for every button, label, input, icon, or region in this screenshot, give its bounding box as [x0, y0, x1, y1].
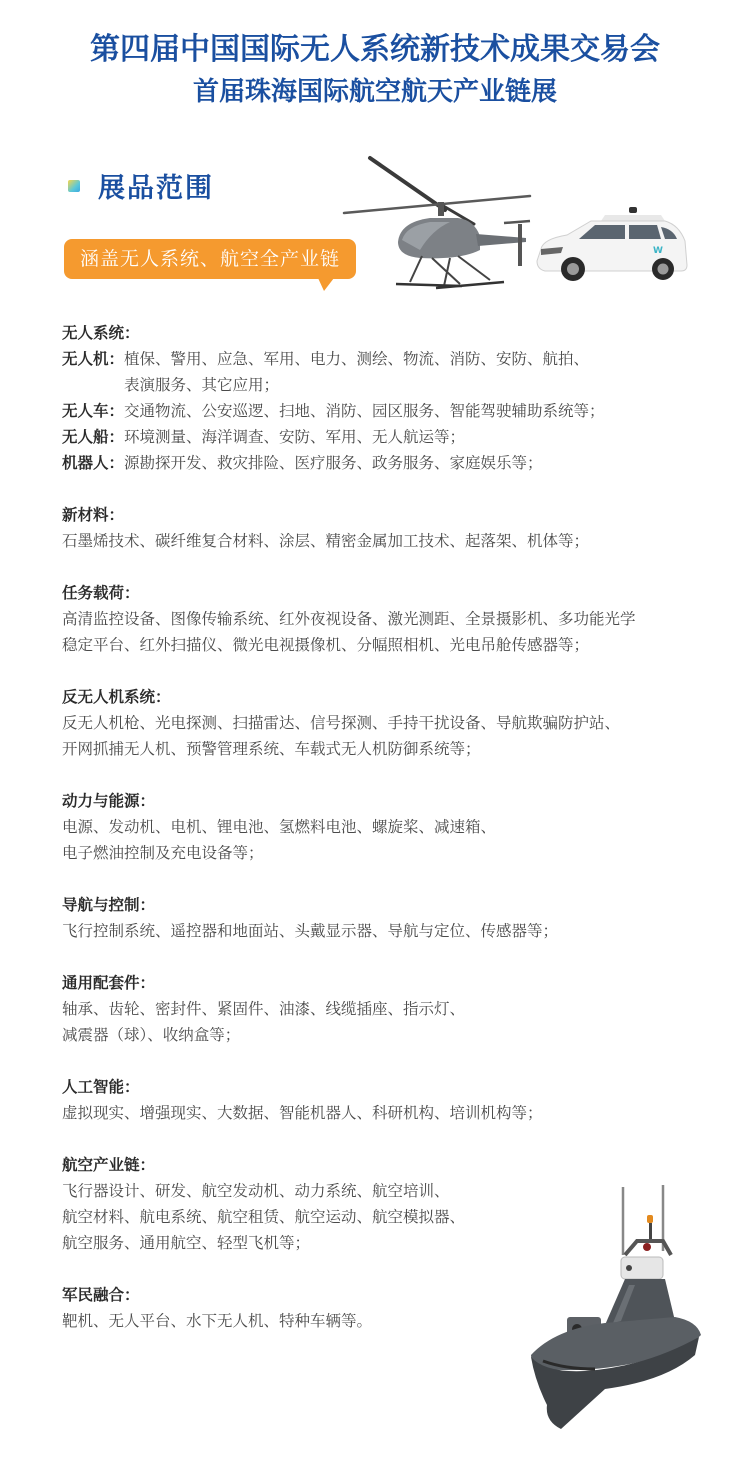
unmanned-boat-image: [525, 1185, 705, 1430]
category-new-materials: 新材料： 石墨烯技术、碳纤维复合材料、涂层、精密金属加工技术、起落架、机体等；: [62, 502, 702, 554]
category-line: 电源、发动机、电机、锂电池、氢燃料电池、螺旋桨、减速箱、: [62, 814, 702, 840]
category-ai: 人工智能： 虚拟现实、增强现实、大数据、智能机器人、科研机构、培训机构等；: [62, 1074, 702, 1126]
category-line: 电子燃油控制及充电设备等；: [62, 840, 702, 866]
helicopter-image: [340, 152, 535, 292]
subcategory-label: 无人船：: [62, 424, 124, 450]
category-title: 反无人机系统：: [62, 684, 702, 710]
subcategory-unmanned-vehicle: 无人车： 交通物流、公安巡逻、扫地、消防、园区服务、智能驾驶辅助系统等；: [62, 398, 702, 424]
main-title: 第四届中国国际无人系统新技术成果交易会: [0, 30, 750, 70]
subcategory-label: 机器人：: [62, 450, 124, 476]
category-payload: 任务载荷： 高清监控设备、图像传输系统、红外夜视设备、激光测距、全景摄影机、多功…: [62, 580, 702, 658]
category-title: 导航与控制：: [62, 892, 702, 918]
category-general-parts: 通用配套件： 轴承、齿轮、密封件、紧固件、油漆、线缆插座、指示灯、 减震器（球）…: [62, 970, 702, 1048]
category-anti-drone: 反无人机系统： 反无人机枪、光电探测、扫描雷达、信号探测、手持干扰设备、导航欺骗…: [62, 684, 702, 762]
category-line: 反无人机枪、光电探测、扫描雷达、信号探测、手持干扰设备、导航欺骗防护站、: [62, 710, 702, 736]
tagline-bubble: 涵盖无人系统、航空全产业链: [64, 239, 356, 279]
category-line: 稳定平台、红外扫描仪、微光电视摄像机、分幅照相机、光电吊舱传感器等；: [62, 632, 702, 658]
category-unmanned-systems: 无人系统： 无人机： 植保、警用、应急、军用、电力、测绘、物流、消防、安防、航拍…: [62, 320, 702, 476]
subcategory-label: 无人车：: [62, 398, 124, 424]
category-title: 任务载荷：: [62, 580, 702, 606]
subcategory-line: 环境测量、海洋调查、安防、军用、无人航运等；: [124, 424, 465, 450]
square-bullet-icon: [68, 180, 80, 192]
autonomous-car-image: W: [533, 205, 693, 285]
svg-text:W: W: [653, 246, 663, 256]
category-title: 新材料：: [62, 502, 702, 528]
subcategory-line: 交通物流、公安巡逻、扫地、消防、园区服务、智能驾驶辅助系统等；: [124, 398, 605, 424]
category-title: 动力与能源：: [62, 788, 702, 814]
subcategory-unmanned-ship: 无人船： 环境测量、海洋调查、安防、军用、无人航运等；: [62, 424, 702, 450]
category-navigation-control: 导航与控制： 飞行控制系统、遥控器和地面站、头戴显示器、导航与定位、传感器等；: [62, 892, 702, 944]
subcategory-robot: 机器人： 源勘探开发、救灾排险、医疗服务、政务服务、家庭娱乐等；: [62, 450, 702, 476]
section-title: 展品范围: [98, 166, 214, 205]
category-line: 轴承、齿轮、密封件、紧固件、油漆、线缆插座、指示灯、: [62, 996, 702, 1022]
page-header: 第四届中国国际无人系统新技术成果交易会 首届珠海国际航空航天产业链展: [0, 30, 750, 110]
category-line: 高清监控设备、图像传输系统、红外夜视设备、激光测距、全景摄影机、多功能光学: [62, 606, 702, 632]
sub-title: 首届珠海国际航空航天产业链展: [0, 74, 750, 110]
category-line: 石墨烯技术、碳纤维复合材料、涂层、精密金属加工技术、起落架、机体等；: [62, 528, 702, 554]
category-line: 飞行控制系统、遥控器和地面站、头戴显示器、导航与定位、传感器等；: [62, 918, 702, 944]
category-title: 无人系统：: [62, 320, 702, 346]
subcategory-line: 植保、警用、应急、军用、电力、测绘、物流、消防、安防、航拍、: [124, 346, 589, 372]
category-title: 人工智能：: [62, 1074, 702, 1100]
category-power-energy: 动力与能源： 电源、发动机、电机、锂电池、氢燃料电池、螺旋桨、减速箱、 电子燃油…: [62, 788, 702, 866]
subcategory-line: 源勘探开发、救灾排险、医疗服务、政务服务、家庭娱乐等；: [124, 450, 543, 476]
category-title: 通用配套件：: [62, 970, 702, 996]
subcategory-line: 表演服务、其它应用；: [124, 372, 589, 398]
category-line: 开网抓捕无人机、预警管理系统、车载式无人机防御系统等；: [62, 736, 702, 762]
category-line: 减震器（球）、收纳盒等；: [62, 1022, 702, 1048]
subcategory-label: 无人机：: [62, 346, 124, 398]
subcategory-drone: 无人机： 植保、警用、应急、军用、电力、测绘、物流、消防、安防、航拍、 表演服务…: [62, 346, 702, 398]
category-line: 虚拟现实、增强现实、大数据、智能机器人、科研机构、培训机构等；: [62, 1100, 702, 1126]
section-heading: 展品范围: [68, 166, 214, 205]
category-title: 航空产业链：: [62, 1152, 702, 1178]
